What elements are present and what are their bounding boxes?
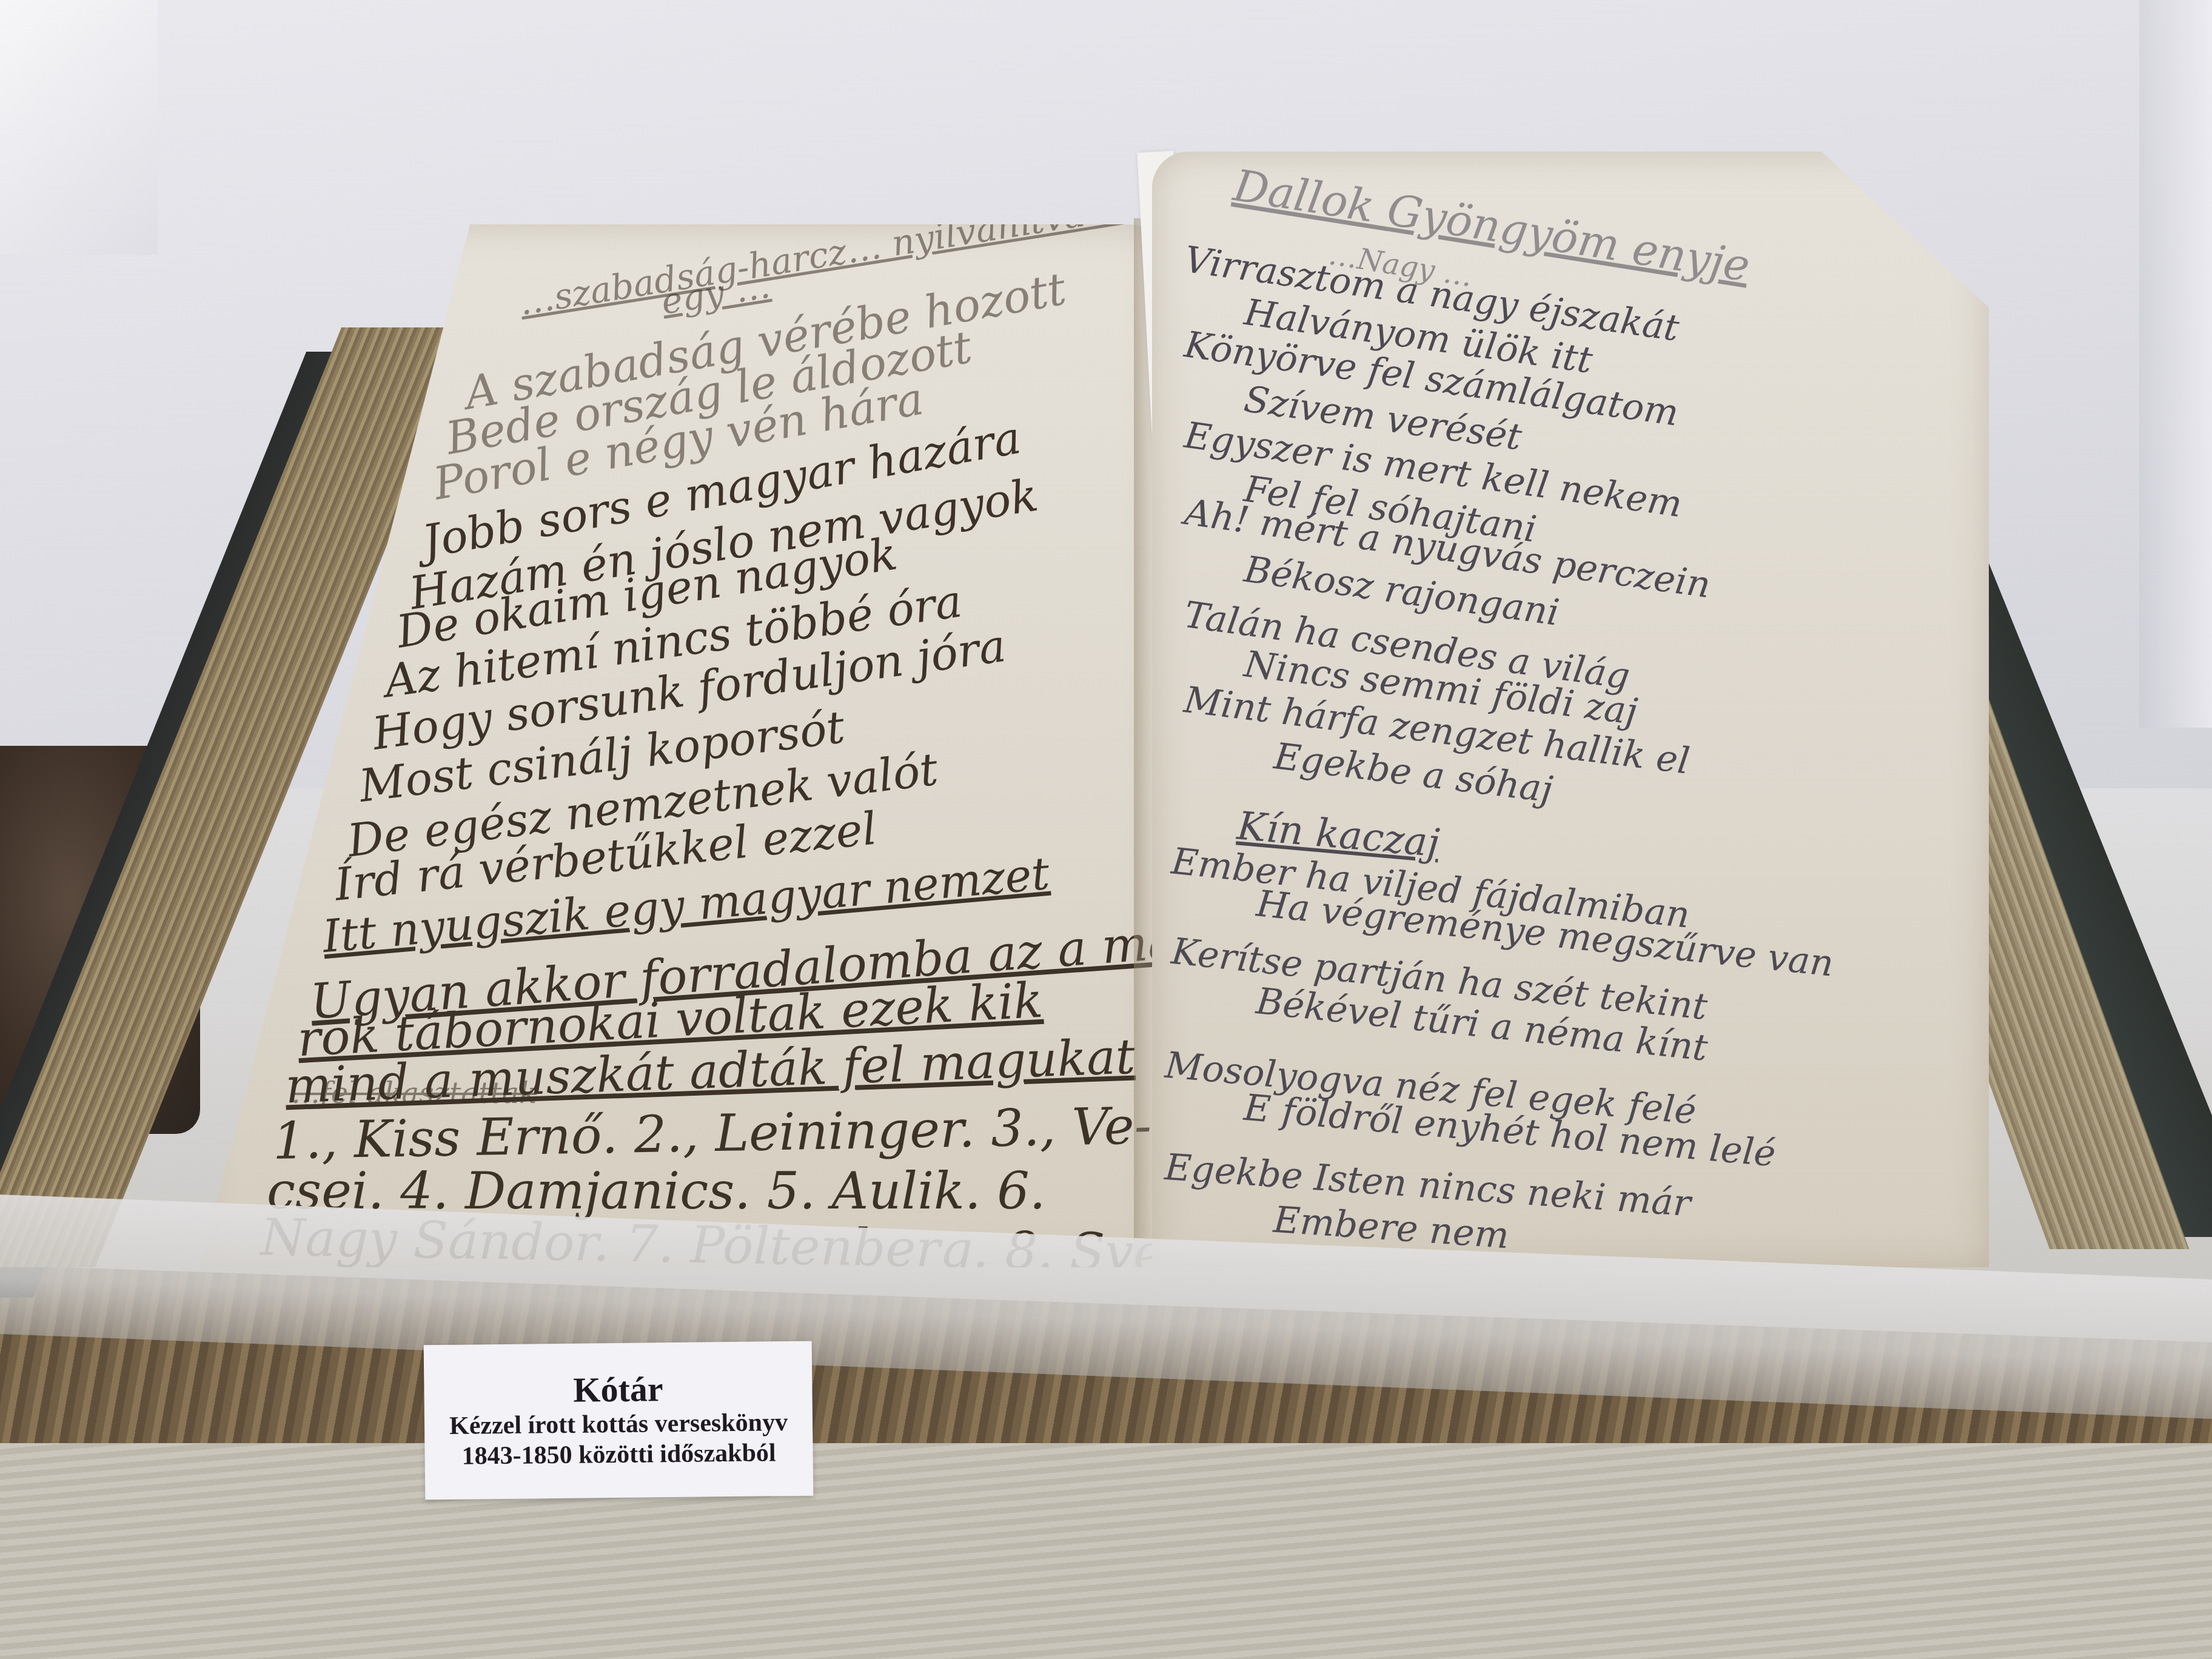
right-page: Dallok Gyöngyöm enyje …Nagy … Virrasztom… <box>1152 152 1989 1267</box>
exhibit-label-date-range: 1843-1850 közötti időszakból <box>461 1438 776 1472</box>
exhibit-label-description: Kézzel írott kottás verseskönyv <box>449 1407 788 1441</box>
struck-through-line: …fel akasztattak <box>291 1076 537 1110</box>
glass-case-edge-right <box>2139 0 2212 728</box>
exhibit-label: Kótár Kézzel írott kottás verseskönyv 18… <box>424 1341 814 1500</box>
display-cloth <box>0 1443 2212 1659</box>
exhibit-label-title: Kótár <box>573 1370 663 1409</box>
glass-case-edge-left <box>0 0 158 255</box>
museum-display-scene: …szabadság-harcz… nyilvánítva után egy …… <box>0 0 2212 1659</box>
